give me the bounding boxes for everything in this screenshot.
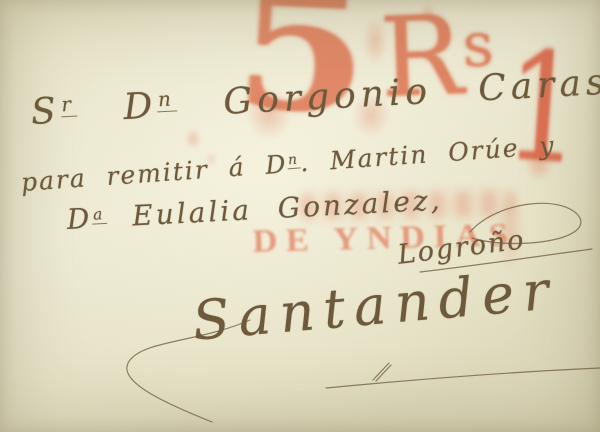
ink-stain	[185, 128, 201, 150]
destination-santander: Santander	[190, 258, 560, 353]
addr1-sup-r: r	[60, 93, 78, 118]
addr1-text: S	[30, 90, 62, 132]
manuscript-one-mark: 1	[500, 20, 588, 199]
postal-cover: 5 Rs 1 DE YNDIAS Sr Dn Gorgonio Carasa p…	[0, 0, 600, 432]
addr3-text: D	[66, 202, 93, 236]
addr1-sup-n: n	[156, 87, 177, 112]
addr2-text: para remitir á D	[20, 149, 288, 197]
addr3-sup-a: a	[92, 204, 107, 224]
addr1-text2: D	[76, 85, 158, 130]
addr2-sup-n: n	[287, 152, 301, 170]
